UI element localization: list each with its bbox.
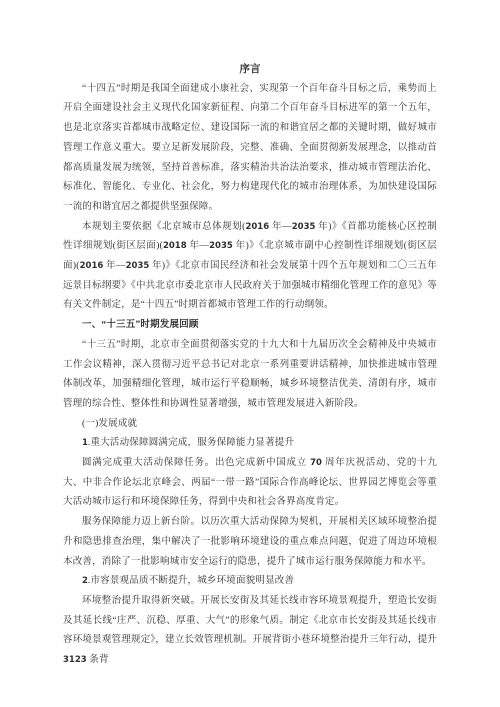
paragraph: “十三五”时期，北京市全面贯彻落实党的十九大和十九届历次全会精神及中央城市工作会… (63, 336, 437, 415)
paragraph: “十四五”时期是我国全面建成小康社会、实现第一个百年奋斗目标之后，乘势而上开启全… (63, 80, 437, 218)
paragraph: 环境整治提升取得新突破。开展长安街及其延长线市容环境景观提升，塑造长安街及其延长… (63, 592, 437, 671)
numbered-heading: 1.重大活动保障圆满完成，服务保障能力显著提升 (63, 434, 437, 454)
document-page: 序言 “十四五”时期是我国全面建成小康社会、实现第一个百年奋斗目标之后，乘势而上… (0, 0, 500, 707)
numbered-heading: 2.市容景观品质不断提升，城乡环境面貌明显改善 (63, 572, 437, 592)
paragraph: 本规划主要依据《北京城市总体规划(2016 年—2035 年)》《首都功能核心区… (63, 218, 437, 317)
sub-heading: (一)发展成就 (63, 415, 437, 435)
document-title: 序言 (63, 60, 437, 80)
section-heading: 一、“十三五”时期发展回顾 (63, 316, 437, 336)
paragraph: 服务保障能力迈上新台阶。以历次重大活动保障为契机，开展相关区域环境整治提升和隐患… (63, 513, 437, 572)
paragraph: 圆满完成重大活动保障任务。出色完成新中国成立 70 周年庆祝活动、党的十九大、中… (63, 454, 437, 513)
